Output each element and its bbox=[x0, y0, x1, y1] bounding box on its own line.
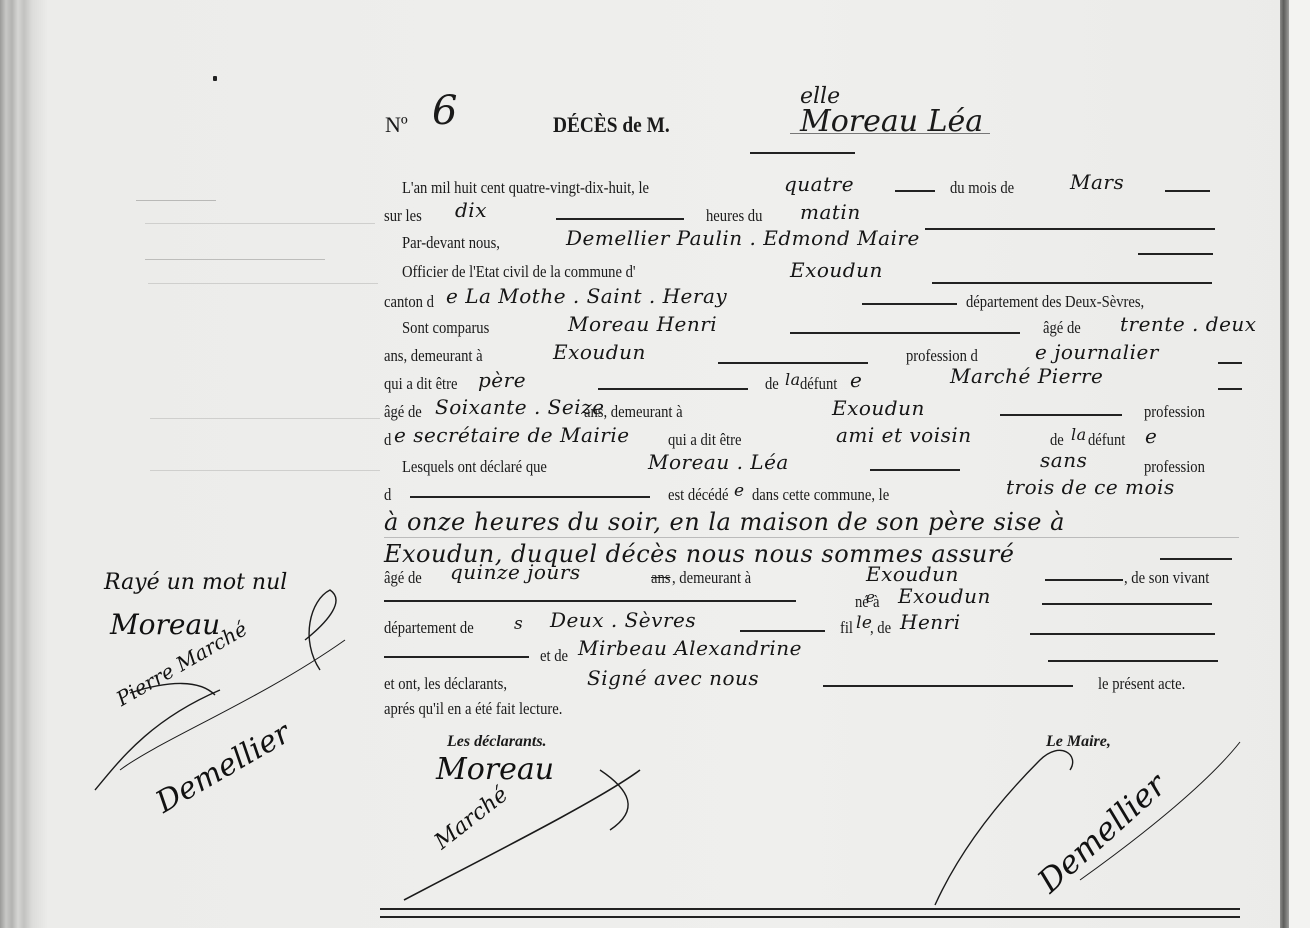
printed-text: ans, demeurant à bbox=[584, 402, 683, 422]
handwritten-father: Henri bbox=[900, 610, 961, 634]
handwritten-hour: dix bbox=[455, 198, 487, 222]
handwritten-birthplace: Exoudun bbox=[898, 584, 991, 608]
handwritten-commune: Exoudun bbox=[790, 258, 883, 282]
printed-text: âgé de bbox=[1043, 318, 1081, 338]
printed-text: Sont comparus bbox=[402, 318, 489, 338]
printed-text: aprés qu'il en a été fait lecture. bbox=[384, 699, 562, 719]
handwritten-time-of-day: matin bbox=[800, 200, 861, 224]
printed-text: profession bbox=[1144, 402, 1205, 422]
page-margin-right bbox=[1289, 0, 1310, 928]
handwritten-suffix: e bbox=[850, 368, 862, 392]
printed-text: heures du bbox=[706, 206, 762, 226]
handwritten-residence1: Exoudun bbox=[553, 340, 646, 364]
printed-text: qui a dit être bbox=[668, 430, 741, 450]
handwritten-officer: Demellier Paulin . Edmond Maire bbox=[566, 226, 920, 250]
handwritten-suffix: s bbox=[514, 614, 523, 634]
record-separator bbox=[380, 908, 1240, 918]
printed-text: département des Deux-Sèvres, bbox=[966, 292, 1144, 312]
handwritten-article: la bbox=[785, 370, 801, 389]
page-binding-edge bbox=[1280, 0, 1289, 928]
printed-text: âgé de bbox=[384, 568, 422, 588]
printed-text: , demeurant à bbox=[672, 568, 751, 588]
handwritten-sans: sans bbox=[1040, 448, 1087, 472]
handwritten-deceased: Moreau . Léa bbox=[648, 450, 789, 474]
printed-text: Lesquels ont déclaré que bbox=[402, 457, 547, 477]
struck-word: ans bbox=[651, 568, 670, 588]
handwritten-residence2: Exoudun bbox=[832, 396, 925, 420]
handwritten-declarant2: Marché Pierre bbox=[950, 364, 1103, 388]
printed-text: de bbox=[1050, 430, 1064, 450]
handwritten-month: Mars bbox=[1070, 170, 1124, 194]
printed-text: est décédé bbox=[668, 485, 728, 505]
handwritten-profession1: e journalier bbox=[1035, 340, 1159, 364]
handwritten-profession2: e secrétaire de Mairie bbox=[394, 423, 630, 447]
margin-signature-demellier: Demellier bbox=[150, 716, 296, 821]
printed-text: , de son vivant bbox=[1124, 568, 1209, 588]
printed-text: d bbox=[384, 430, 391, 450]
handwritten-mother: Mirbeau Alexandrine bbox=[578, 636, 802, 660]
printed-text: du mois de bbox=[950, 178, 1014, 198]
printed-text: profession d bbox=[906, 346, 978, 366]
printed-text: le présent acte. bbox=[1098, 674, 1185, 694]
printed-text: Officier de l'Etat civil de la commune d… bbox=[402, 262, 636, 282]
handwritten-death-date: trois de ce mois bbox=[1006, 475, 1175, 499]
handwritten-declarant1: Moreau Henri bbox=[568, 312, 717, 336]
signature-declarant1: Moreau bbox=[436, 752, 554, 787]
printed-text: dans cette commune, le bbox=[752, 485, 889, 505]
handwritten-canton: e La Mothe . Saint . Heray bbox=[446, 284, 727, 308]
printed-text: défunt bbox=[1088, 430, 1125, 450]
handwritten-suffix: e bbox=[1145, 424, 1157, 448]
handwritten-suffix: e bbox=[734, 481, 745, 501]
printed-text: L'an mil huit cent quatre-vingt-dix-huit… bbox=[402, 178, 649, 198]
signature-declarant2: Marché bbox=[430, 782, 513, 854]
printed-text: défunt bbox=[800, 374, 837, 394]
record-title: DÉCÈS de M. bbox=[553, 112, 670, 138]
handwritten-day: quatre bbox=[784, 172, 854, 196]
handwritten-age2: Soixante . Seize bbox=[435, 395, 604, 419]
printed-text: à bbox=[873, 592, 879, 612]
printed-text: âgé de bbox=[384, 402, 422, 422]
printed-text: ans, demeurant à bbox=[384, 346, 483, 366]
handwritten-relation2: ami et voisin bbox=[836, 423, 972, 447]
record-number-label: Nº bbox=[385, 112, 408, 138]
handwritten-signed: Signé avec nous bbox=[587, 666, 759, 690]
printed-text: et ont, les déclarants, bbox=[384, 674, 507, 694]
printed-text: département de bbox=[384, 618, 474, 638]
handwritten-age-deceased: quinze jours bbox=[450, 560, 581, 584]
printed-text: d bbox=[384, 485, 391, 505]
printed-text: fil bbox=[840, 618, 853, 638]
printed-text: et de bbox=[540, 646, 568, 666]
declarants-label: Les déclarants. bbox=[447, 733, 547, 751]
printed-text: de bbox=[765, 374, 779, 394]
record-number: 6 bbox=[432, 88, 457, 134]
handwritten-relation1: père bbox=[478, 368, 526, 392]
printed-text: , de bbox=[870, 618, 891, 638]
handwritten-residence-deceased: Exoudun bbox=[866, 562, 959, 586]
handwritten-death-place: à onze heures du soir, en la maison de s… bbox=[384, 508, 1065, 536]
printed-text: Par-devant nous, bbox=[402, 233, 500, 253]
handwritten-article: la bbox=[1071, 425, 1087, 444]
printed-text: profession bbox=[1144, 457, 1205, 477]
printed-text: sur les bbox=[384, 206, 422, 226]
printed-text: canton d bbox=[384, 292, 434, 312]
printed-text: qui a dit être bbox=[384, 374, 457, 394]
register-page: Nº 6 DÉCÈS de M. elle Moreau Léa L'an mi… bbox=[0, 0, 1310, 928]
handwritten-department: Deux . Sèvres bbox=[550, 608, 696, 632]
margin-note-text: Rayé un mot nul bbox=[104, 570, 287, 595]
signature-maire: Demellier bbox=[1030, 766, 1173, 901]
handwritten-age1: trente . deux bbox=[1120, 312, 1257, 336]
maire-label: Le Maire, bbox=[1046, 733, 1111, 751]
